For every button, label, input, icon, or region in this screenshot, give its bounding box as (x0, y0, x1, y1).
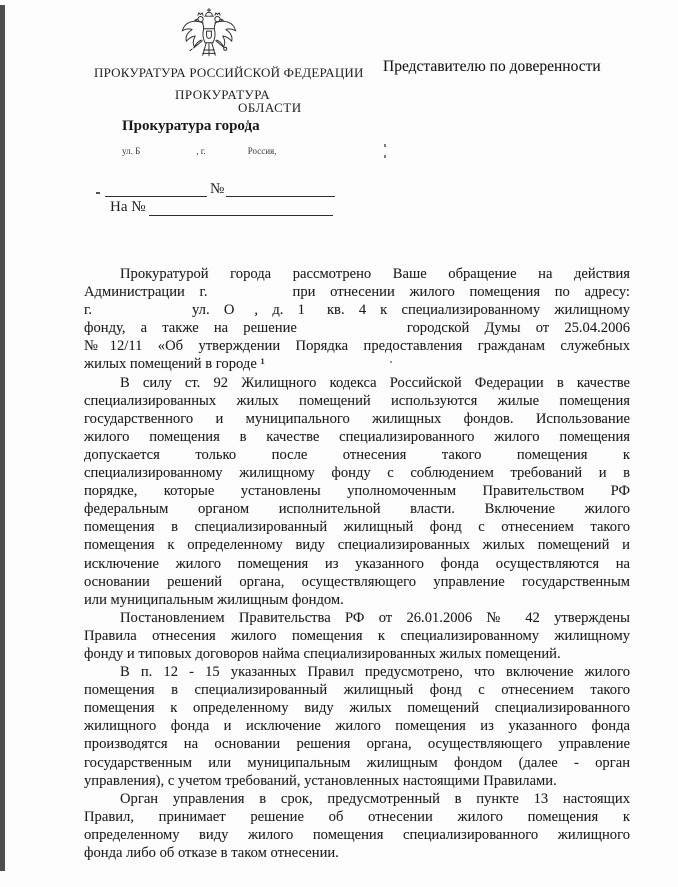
body-line: В силу ст. 92 Жилищного кодекса Российск… (84, 374, 630, 392)
coat-of-arms-icon (180, 7, 238, 63)
body-line: Правила отнесения жилого помещения к спе… (84, 627, 630, 645)
redacted-gap (305, 313, 327, 314)
address-city: , г. (196, 146, 205, 156)
body-line: исключение жилого помещения из указанног… (84, 555, 630, 573)
body-line: помещения к определенному виду жилых пом… (84, 699, 630, 717)
body-line: Правил, принимает решение об отнесении ж… (84, 808, 630, 826)
body-line: Администрации г.при отнесении жилого пом… (84, 283, 630, 301)
redacted-gap (297, 331, 407, 332)
body-line: №12/11 «Об утверждении Порядка предостав… (84, 337, 630, 355)
body-line: помещения в специализированный жилищный … (84, 681, 630, 699)
scan-artifact-dot (96, 192, 100, 194)
body-line: Орган управления в срок, предусмотренный… (84, 790, 630, 808)
redacted-gap (234, 313, 254, 314)
reply-to-label: На № (110, 199, 146, 216)
scan-artifact-dot (247, 120, 249, 124)
body-line: или муниципальным жилищным фондом. (84, 591, 630, 609)
body-line: фонда либо об отказе в таком отнесении. (84, 844, 630, 862)
body-line: определенному виду жилого помещения спец… (84, 826, 630, 844)
redacted-gap (92, 313, 192, 314)
body-line: государственного и муниципального жилищн… (84, 410, 630, 428)
body-line: Постановлением Правительства РФ от 26.01… (84, 609, 630, 627)
body-line: порядке, которые установлены уполномочен… (84, 482, 630, 500)
recipient-title: Представителю по доверенности (383, 58, 601, 76)
letter-body: Прокуратурой города рассмотрено Ваше обр… (84, 265, 630, 862)
body-line: Прокуратурой города рассмотрено Ваше обр… (84, 265, 630, 283)
ref-number-label: № (210, 181, 224, 198)
scan-edge-artifact (0, 5, 5, 871)
address-country: Россия, (248, 146, 277, 156)
office-address: ул. Б, г.Россия, (122, 146, 276, 156)
body-line: г.ул. О, д. 1кв. 4к специализированному … (84, 301, 630, 319)
office-name: Прокуратура города (122, 118, 260, 135)
scan-artifact-dot (390, 361, 392, 363)
body-line: жилых помещений в городе ¹ (84, 355, 630, 373)
scanned-letter-page: ПРОКУРАТУРА РОССИЙСКОЙ ФЕДЕРАЦИИ ПРОКУРА… (0, 0, 678, 887)
body-line: фонду и типовых договоров найма специали… (84, 645, 630, 663)
body-line: основании решений органа, осуществляющег… (84, 573, 630, 591)
address-street: ул. Б (122, 146, 140, 156)
ref-number-line (226, 196, 335, 197)
body-line: помещения к определенному виду специализ… (84, 536, 630, 554)
org-name-region: ОБЛАСТИ (238, 100, 302, 116)
body-line: фонду, а также на решениегородской Думы … (84, 319, 630, 337)
body-line: жилищного фонда и исключение жилого поме… (84, 717, 630, 735)
body-line: допускается только после отнесения таког… (84, 446, 630, 464)
body-line: специализированных жилых помещений испол… (84, 392, 630, 410)
body-line: управления), с учетом требований, устано… (84, 772, 630, 790)
scan-artifact-dot (384, 144, 386, 147)
scan-artifact-dot (384, 155, 386, 158)
body-line: государственным или муниципальным жилищн… (84, 754, 630, 772)
redacted-gap (206, 153, 248, 154)
ref-date-line (105, 196, 207, 197)
body-line: федеральным органом исполнительной власт… (84, 500, 630, 518)
body-line: производятся на основании решения органа… (84, 735, 630, 753)
redacted-gap (366, 313, 380, 314)
redacted-gap (140, 153, 196, 154)
body-line: жилого помещения в качестве специализиро… (84, 428, 630, 446)
body-line: В п. 12 - 15 указанных Правил предусмотр… (84, 663, 630, 681)
redacted-gap (208, 295, 293, 296)
org-name-federation: ПРОКУРАТУРА РОССИЙСКОЙ ФЕДЕРАЦИИ (94, 65, 356, 81)
body-line: помещения в специализированный жилищный … (84, 518, 630, 536)
reply-to-line (149, 215, 333, 216)
body-line: специализированному жилищному фонду с со… (84, 464, 630, 482)
